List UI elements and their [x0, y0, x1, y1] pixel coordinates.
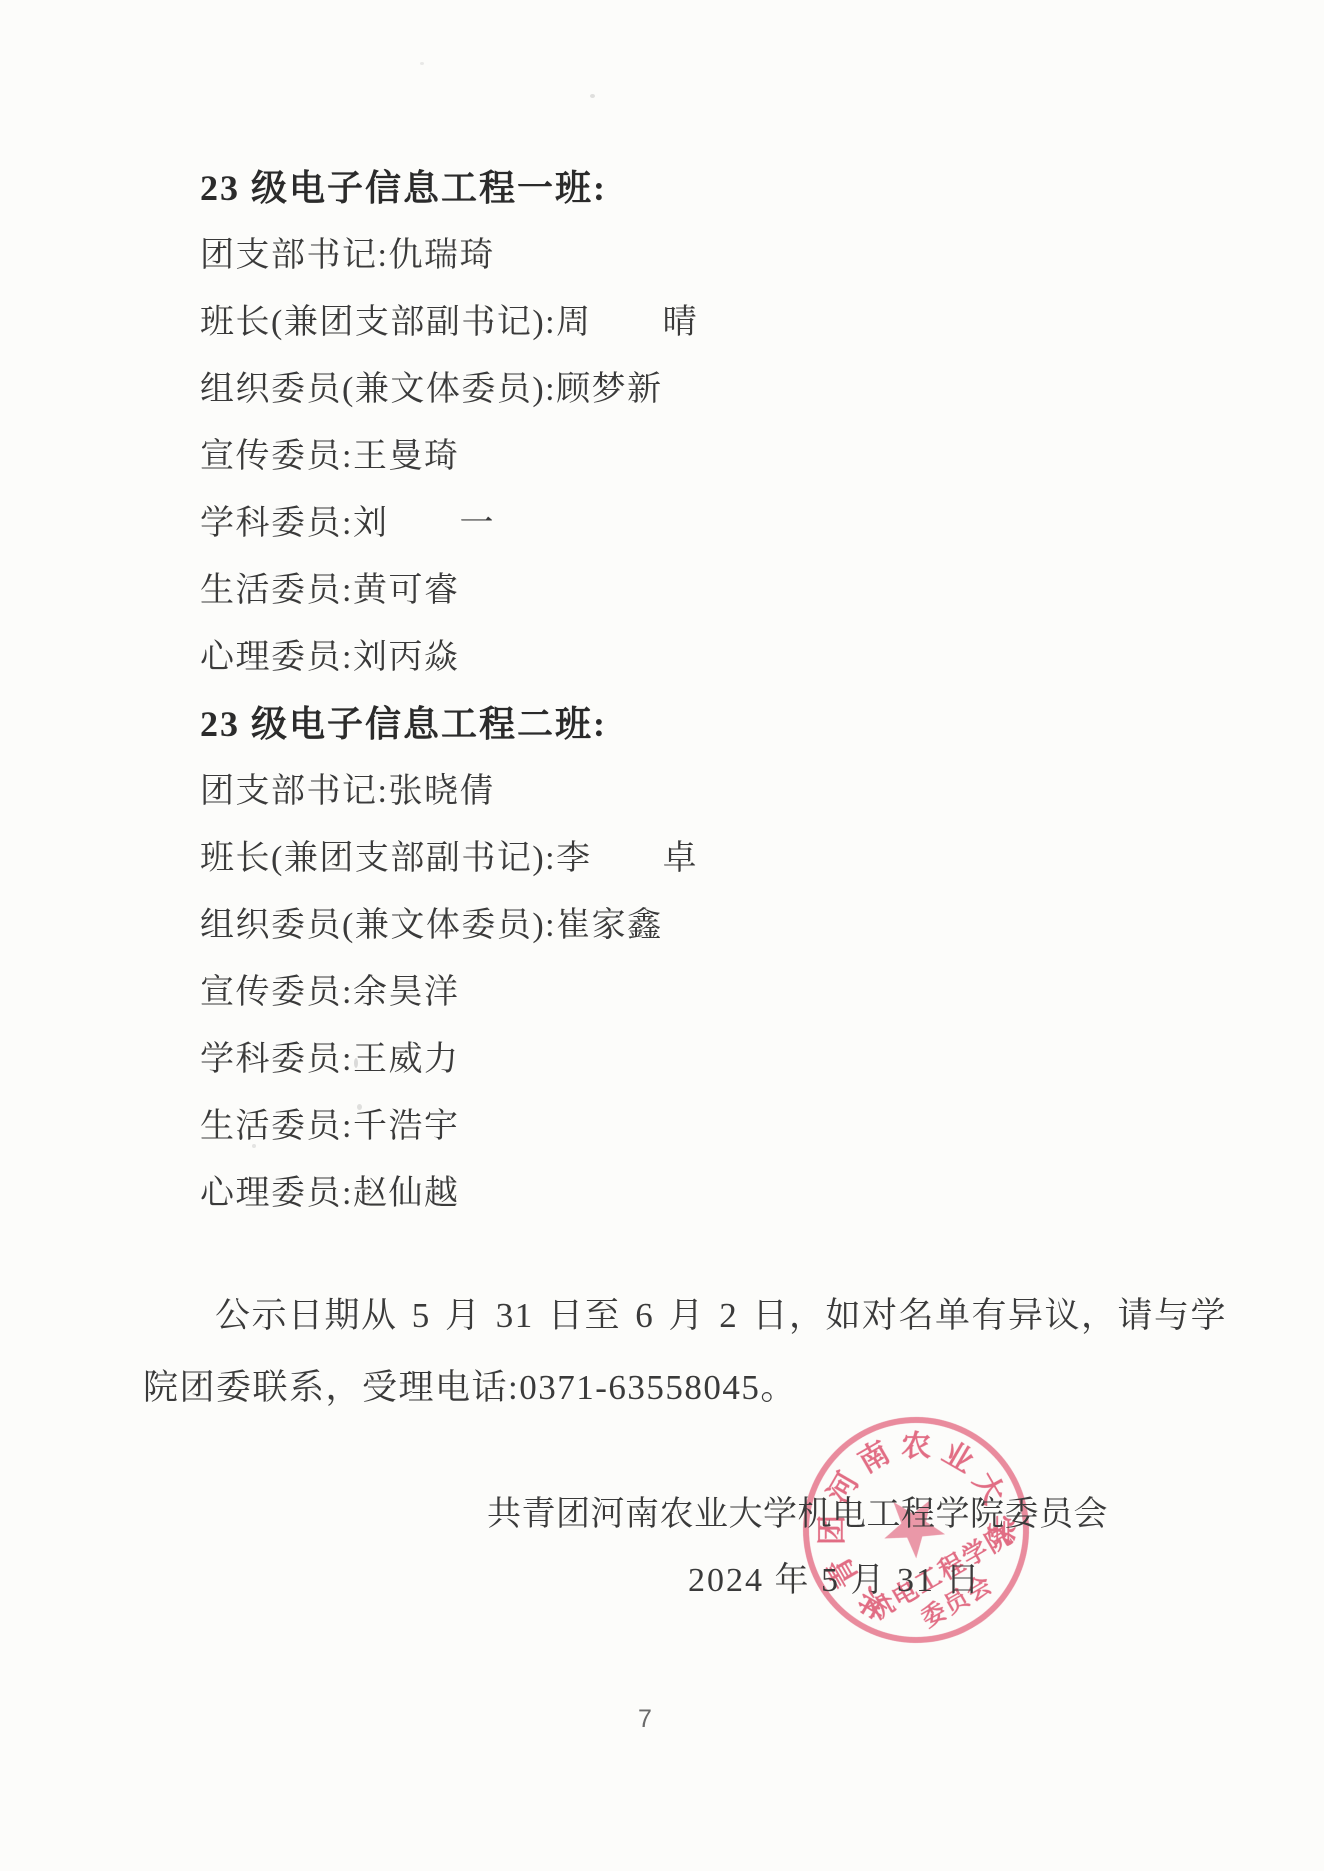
- member-line: 组织委员(兼文体委员):顾梦新: [200, 356, 698, 423]
- seal-arc-char: 农: [901, 1430, 931, 1463]
- member-line: 宣传委员:余昊洋: [200, 959, 698, 1026]
- member-line: 生活委员:千浩宇: [200, 1093, 698, 1160]
- issuer-signature: 共青团河南农业大学机电工程学院委员会: [487, 1486, 1108, 1535]
- scan-speck: [590, 94, 595, 98]
- page-number: 7: [638, 1705, 652, 1734]
- member-line: 心理委员:刘丙焱: [200, 624, 698, 691]
- committee-list: 23 级电子信息工程一班: 团支部书记:仇瑞琦 班长(兼团支部副书记):周 晴 …: [200, 155, 698, 1227]
- member-line: 班长(兼团支部副书记):周 晴: [200, 289, 698, 356]
- seal-arc-char: 业: [937, 1436, 979, 1480]
- class-2-heading: 23 级电子信息工程二班:: [200, 691, 698, 758]
- member-line: 团支部书记:仇瑞琦: [200, 222, 698, 289]
- member-line: 心理委员:赵仙越: [200, 1160, 698, 1227]
- scanned-document-page: 共 青 团 河 南 农 业 大 学 机电工程学院 委员会 23 级电子信息工程一…: [0, 0, 1324, 1871]
- issue-date: 2024 年 5 月 31 日: [688, 1552, 982, 1601]
- member-line: 组织委员(兼文体委员):崔家鑫: [200, 892, 698, 959]
- member-line: 学科委员:刘 一: [200, 490, 698, 557]
- member-line: 生活委员:黄可睿: [200, 557, 698, 624]
- scan-speck: [420, 62, 424, 65]
- notice-paragraph-line-1: 公示日期从 5 月 31 日至 6 月 2 日，如对名单有异议，请与学: [215, 1288, 1227, 1338]
- class-1-heading: 23 级电子信息工程一班:: [200, 155, 698, 222]
- seal-arc-char: 南: [853, 1436, 895, 1480]
- member-line: 宣传委员:王曼琦: [200, 423, 698, 490]
- notice-paragraph-line-2: 院团委联系，受理电话:0371-63558045。: [143, 1360, 797, 1410]
- member-line: 团支部书记:张晓倩: [200, 758, 698, 825]
- member-line: 班长(兼团支部副书记):李 卓: [200, 825, 698, 892]
- member-line: 学科委员:王威力: [200, 1026, 698, 1093]
